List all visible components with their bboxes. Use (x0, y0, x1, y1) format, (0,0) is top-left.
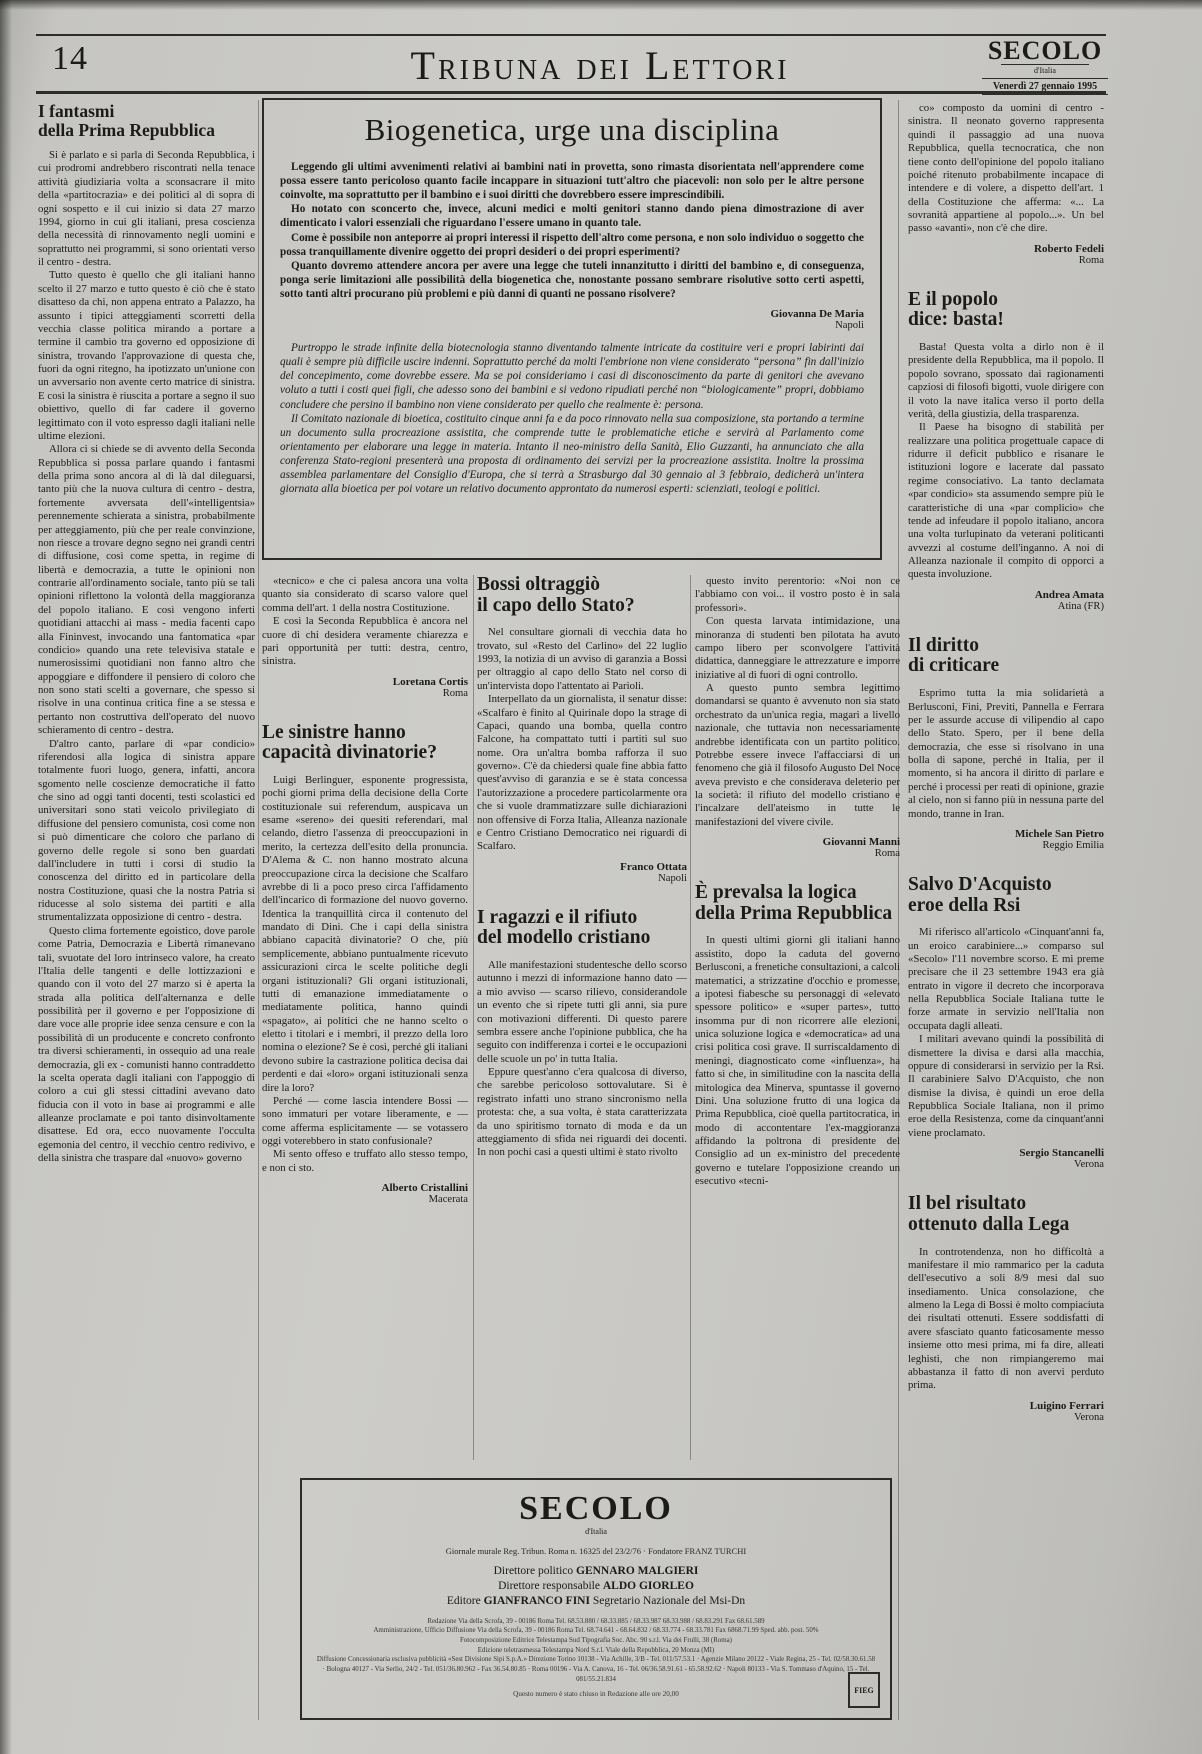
fine-print-line: Diffusione Concessionaria esclusiva pubb… (316, 1655, 876, 1684)
letter-lega: Il bel risultato ottenuto dalla Lega In … (908, 1194, 1104, 1422)
page-number: 14 (52, 40, 88, 78)
newspaper-logo: SECOLO (982, 38, 1108, 64)
colophon-logo: SECOLO (302, 1492, 890, 1526)
signature-place: Roma (262, 688, 468, 699)
signature: Andrea Amata (908, 589, 1104, 601)
signature-place: Napoli (280, 320, 864, 331)
paragraph: Il Paese ha bisogno di stabilità per rea… (908, 421, 1104, 582)
paragraph: Mi sento offeso e truffato allo stesso t… (262, 1148, 468, 1175)
paragraph: Leggendo gli ultimi avvenimenti relativi… (280, 160, 864, 202)
letter-popolo: E il popolo dice: basta! Basta! Questa v… (908, 290, 1104, 612)
article-body: Nel consultare giornali di vecchia data … (477, 626, 687, 853)
director-line: Editore GIANFRANCO FINI Segretario Nazio… (302, 1594, 890, 1609)
paragraph: Ho notato con sconcerto che, invece, alc… (280, 202, 864, 230)
director-name: GENNARO MALGIERI (576, 1565, 698, 1577)
paragraph: In controtendenza, non ho difficoltà a m… (908, 1246, 1104, 1393)
signature-place: Atina (FR) (908, 601, 1104, 612)
signature-place: Roma (695, 848, 900, 859)
column-4: questo invito perentorio: «Noi non ce l'… (695, 575, 900, 1463)
paragraph: Si è parlato e si parla di Seconda Repub… (38, 149, 255, 269)
paragraph: E così la Seconda Repubblica è ancora ne… (262, 615, 468, 669)
letter-fantasmi: I fantasmi della Prima Repubblica Si è p… (38, 102, 255, 1730)
signature-place: Napoli (477, 873, 687, 884)
signature: Franco Ottata (477, 861, 687, 873)
signature: Michele San Pietro (908, 828, 1104, 840)
article-body: Luigi Berlinguer, esponente progressista… (262, 774, 468, 1175)
fieg-logo: FIEG (848, 1672, 880, 1708)
director-label: Direttore responsabile (498, 1580, 600, 1592)
fine-print-line: Fotocomposizione Editrice Telestampa Sud… (316, 1636, 876, 1646)
director-line: Direttore responsabile ALDO GIORLEO (302, 1579, 890, 1594)
signature: Roberto Fedeli (908, 243, 1104, 255)
paragraph: A questo punto sembra legittimo domandar… (695, 682, 900, 829)
column-rule (258, 100, 259, 1720)
director-label: Direttore politico (494, 1565, 574, 1577)
article-body: Esprimo tutta la mia solidarietà a Berlu… (908, 687, 1104, 821)
header-top-rule (36, 34, 1106, 36)
signature: Luigino Ferrari (908, 1400, 1104, 1412)
letter-prevalsa-continuation: «tecnico» e che ci palesa ancora una vol… (262, 575, 468, 669)
signature: Giovanni Manni (695, 836, 900, 848)
signature-place: Verona (908, 1159, 1104, 1170)
column-2: «tecnico» e che ci palesa ancora una vol… (262, 575, 468, 1463)
paragraph: D'altro canto, parlare di «par condicio»… (38, 738, 255, 925)
paragraph: Eppure quest'anno c'era qualcosa di dive… (477, 1066, 687, 1160)
letter-lead: Leggendo gli ultimi avvenimenti relativi… (280, 160, 864, 301)
article-body: Si è parlato e si parla di Seconda Repub… (38, 149, 255, 1166)
header-bottom-rule (36, 91, 1106, 94)
signature: Sergio Stancanelli (908, 1147, 1104, 1159)
paragraph: Quanto dovremo attendere ancora per aver… (280, 259, 864, 301)
paragraph: Tutto questo è quello che gli italiani h… (38, 269, 255, 443)
article-body: In questi ultimi giorni gli italiani han… (695, 934, 900, 1188)
letter-biogenetica: Biogenetica, urge una disciplina Leggend… (262, 98, 882, 560)
colophon-box: SECOLO d'Italia Giornale murale Reg. Tri… (300, 1478, 892, 1720)
paragraph: Esprimo tutta la mia solidarietà a Berlu… (908, 687, 1104, 821)
article-title: Il bel risultato ottenuto dalla Lega (908, 1194, 1104, 1235)
signature: Alberto Cristallini (262, 1182, 468, 1194)
article-title: Biogenetica, urge una disciplina (280, 112, 864, 148)
column-5: co» composto da uomini di centro - sinis… (908, 102, 1104, 1730)
paragraph: Purtroppo le strade infinite della biote… (280, 341, 864, 412)
paragraph: I militari avevano quindi la possibilità… (908, 1033, 1104, 1140)
article-title: E il popolo dice: basta! (908, 290, 1104, 331)
paragraph: Nel consultare giornali di vecchia data … (477, 626, 687, 693)
paragraph: Mi riferisco all'articolo «Cinquant'anni… (908, 926, 1104, 1033)
signature-place: Verona (908, 1412, 1104, 1423)
letter-diritto: Il diritto di criticare Esprimo tutta la… (908, 636, 1104, 851)
article-body: Alle manifestazioni studentesche dello s… (477, 959, 687, 1160)
paragraph: Basta! Questa volta a dirlo non è il pre… (908, 341, 1104, 421)
article-body: Mi riferisco all'articolo «Cinquant'anni… (908, 926, 1104, 1140)
paragraph: Luigi Berlinguer, esponente progressista… (262, 774, 468, 1095)
editor-reply: Purtroppo le strade infinite della biote… (280, 341, 864, 496)
signature-place: Macerata (262, 1194, 468, 1205)
paragraph: Allora ci si chiede se di avvento della … (38, 443, 255, 737)
fine-print-line: Amministrazione, Ufficio Diffusione Via … (316, 1626, 876, 1636)
colophon-logo-sub: d'Italia (302, 1527, 890, 1536)
article-body: Basta! Questa volta a dirlo non è il pre… (908, 341, 1104, 582)
fine-print: Redazione Via della Scrofa, 39 - 00186 R… (302, 1617, 890, 1685)
fine-print-line: Redazione Via della Scrofa, 39 - 00186 R… (316, 1617, 876, 1627)
director-name: GIANFRANCO FINI (484, 1595, 590, 1607)
newspaper-page: 14 Tribuna dei Lettori SECOLO d'Italia V… (0, 0, 1202, 1754)
paragraph: Come è possibile non anteporre ai propri… (280, 231, 864, 259)
article-body: In controtendenza, non ho difficoltà a m… (908, 1246, 1104, 1393)
registration-line: Giornale murale Reg. Tribun. Roma n. 163… (302, 1546, 890, 1556)
signature: Giovanna De Maria (280, 308, 864, 320)
signature-place: Roma (908, 255, 1104, 266)
closing-line: Questo numero è stato chiuso in Redazion… (302, 1690, 890, 1698)
letter-ragazzi-continuation: questo invito perentorio: «Noi non ce l'… (695, 575, 900, 829)
paragraph: questo invito perentorio: «Noi non ce l'… (695, 575, 900, 615)
directors-list: Direttore politico GENNARO MALGIERI Dire… (302, 1564, 890, 1609)
newspaper-logo-sub: d'Italia (1001, 64, 1089, 75)
paragraph: «tecnico» e che ci palesa ancora una vol… (262, 575, 468, 615)
director-suffix: Segretario Nazionale del Msi-Dn (593, 1595, 745, 1607)
article-title: Le sinistre hanno capacità divinatorie? (262, 723, 468, 764)
director-line: Direttore politico GENNARO MALGIERI (302, 1564, 890, 1579)
signature-place: Reggio Emilia (908, 840, 1104, 851)
paragraph: Questo clima fortemente egoistico, dove … (38, 925, 255, 1166)
column-rule (690, 575, 691, 1460)
director-name: ALDO GIORLEO (603, 1580, 694, 1592)
director-label: Editore (447, 1595, 481, 1607)
newspaper-logo-block: SECOLO d'Italia Venerdì 27 gennaio 1995 (982, 38, 1108, 95)
letter-sinistre: Le sinistre hanno capacità divinatorie? … (262, 723, 468, 1206)
article-title: I ragazzi e il rifiuto del modello crist… (477, 908, 687, 949)
paragraph: Interpellato da un giornalista, il senat… (477, 693, 687, 854)
paragraph: Perché — come lascia intendere Bossi — s… (262, 1095, 468, 1149)
paragraph: Con questa larvata intimidazione, una mi… (695, 615, 900, 682)
letter-bossi: Bossi oltraggiò il capo dello Stato? Nel… (477, 575, 687, 884)
article-title: Il diritto di criticare (908, 636, 1104, 677)
fine-print-line: Edizione teletrasmessa Telestampa Nord S… (316, 1646, 876, 1656)
column-rule (473, 575, 474, 1460)
section-title: Tribuna dei Lettori (290, 42, 910, 89)
letter-prevalsa: È prevalsa la logica della Prima Repubbl… (695, 883, 900, 1188)
column-3: Bossi oltraggiò il capo dello Stato? Nel… (477, 575, 687, 1463)
paragraph: In questi ultimi giorni gli italiani han… (695, 934, 900, 1188)
paragraph: co» composto da uomini di centro - sinis… (908, 102, 1104, 236)
article-title: I fantasmi della Prima Repubblica (38, 102, 255, 139)
letter-ragazzi: I ragazzi e il rifiuto del modello crist… (477, 908, 687, 1160)
article-title: È prevalsa la logica della Prima Repubbl… (695, 883, 900, 924)
paragraph: Il Comitato nazionale di bioetica, costi… (280, 412, 864, 497)
signature: Loretana Cortis (262, 676, 468, 688)
letter-prevalsa-ending: co» composto da uomini di centro - sinis… (908, 102, 1104, 236)
paragraph: Alle manifestazioni studentesche dello s… (477, 959, 687, 1066)
article-title: Bossi oltraggiò il capo dello Stato? (477, 575, 687, 616)
article-title: Salvo D'Acquisto eroe della Rsi (908, 875, 1104, 916)
letter-salvo: Salvo D'Acquisto eroe della Rsi Mi rifer… (908, 875, 1104, 1170)
